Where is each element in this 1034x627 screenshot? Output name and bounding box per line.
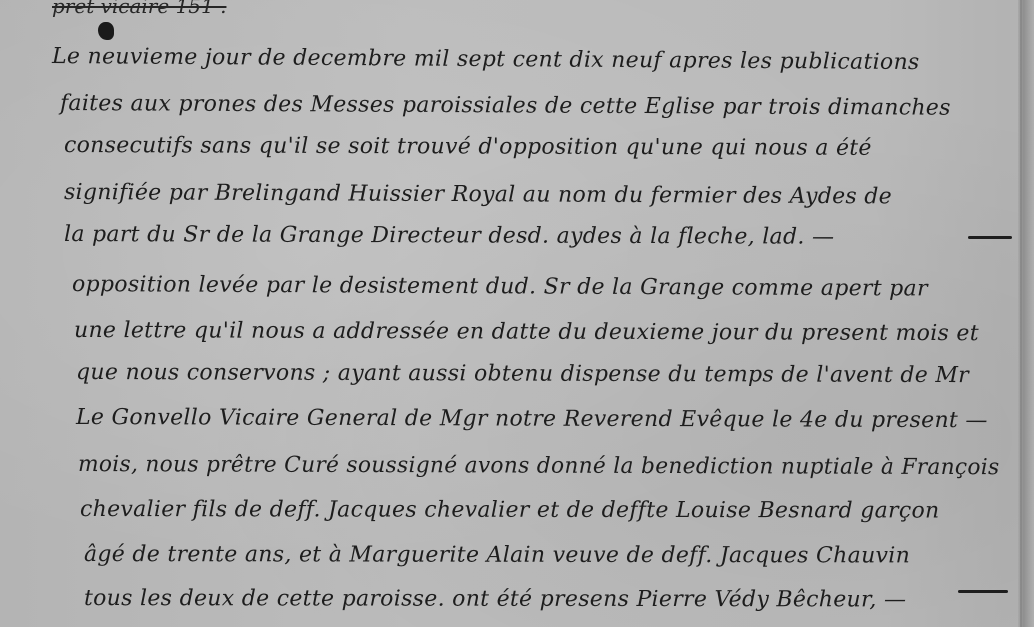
text-line-10: mois, nous prêtre Curé soussigné avons d… <box>78 452 1000 480</box>
text-line-13: tous les deux de cette paroisse. ont été… <box>84 586 906 612</box>
binding-shadow <box>1020 0 1022 627</box>
text-line-3: consecutifs sans qu'il se soit trouvé d'… <box>64 133 872 161</box>
header-fragment: pret vicaire 151 . <box>52 0 226 18</box>
text-line-8: que nous conservons ; ayant aussi obtenu… <box>76 360 969 388</box>
text-line-11: chevalier fils de deff. Jacques chevalie… <box>80 497 940 524</box>
ink-blot <box>98 22 114 40</box>
text-line-9: Le Gonvello Vicaire General de Mgr notre… <box>76 405 988 433</box>
text-line-7: une lettre qu'il nous a addressée en dat… <box>74 318 979 346</box>
text-line-5: la part du Sr de la Grange Directeur des… <box>64 222 834 250</box>
text-line-6: opposition levée par le desistement dud.… <box>72 272 928 301</box>
line-filler-dash <box>968 236 1012 239</box>
line-filler-dash <box>958 590 1008 593</box>
text-line-1: Le neuvieme jour de decembre mil sept ce… <box>52 44 920 75</box>
text-line-2: faites aux prones des Messes paroissiale… <box>60 91 951 121</box>
scanned-page: pret vicaire 151 . Le neuvieme jour de d… <box>0 0 1034 627</box>
text-line-12: âgé de trente ans, et à Marguerite Alain… <box>84 542 910 568</box>
text-line-4: signifiée par Brelingand Huissier Royal … <box>64 180 892 209</box>
struck-header-text: pret vicaire 151 . <box>52 0 226 18</box>
